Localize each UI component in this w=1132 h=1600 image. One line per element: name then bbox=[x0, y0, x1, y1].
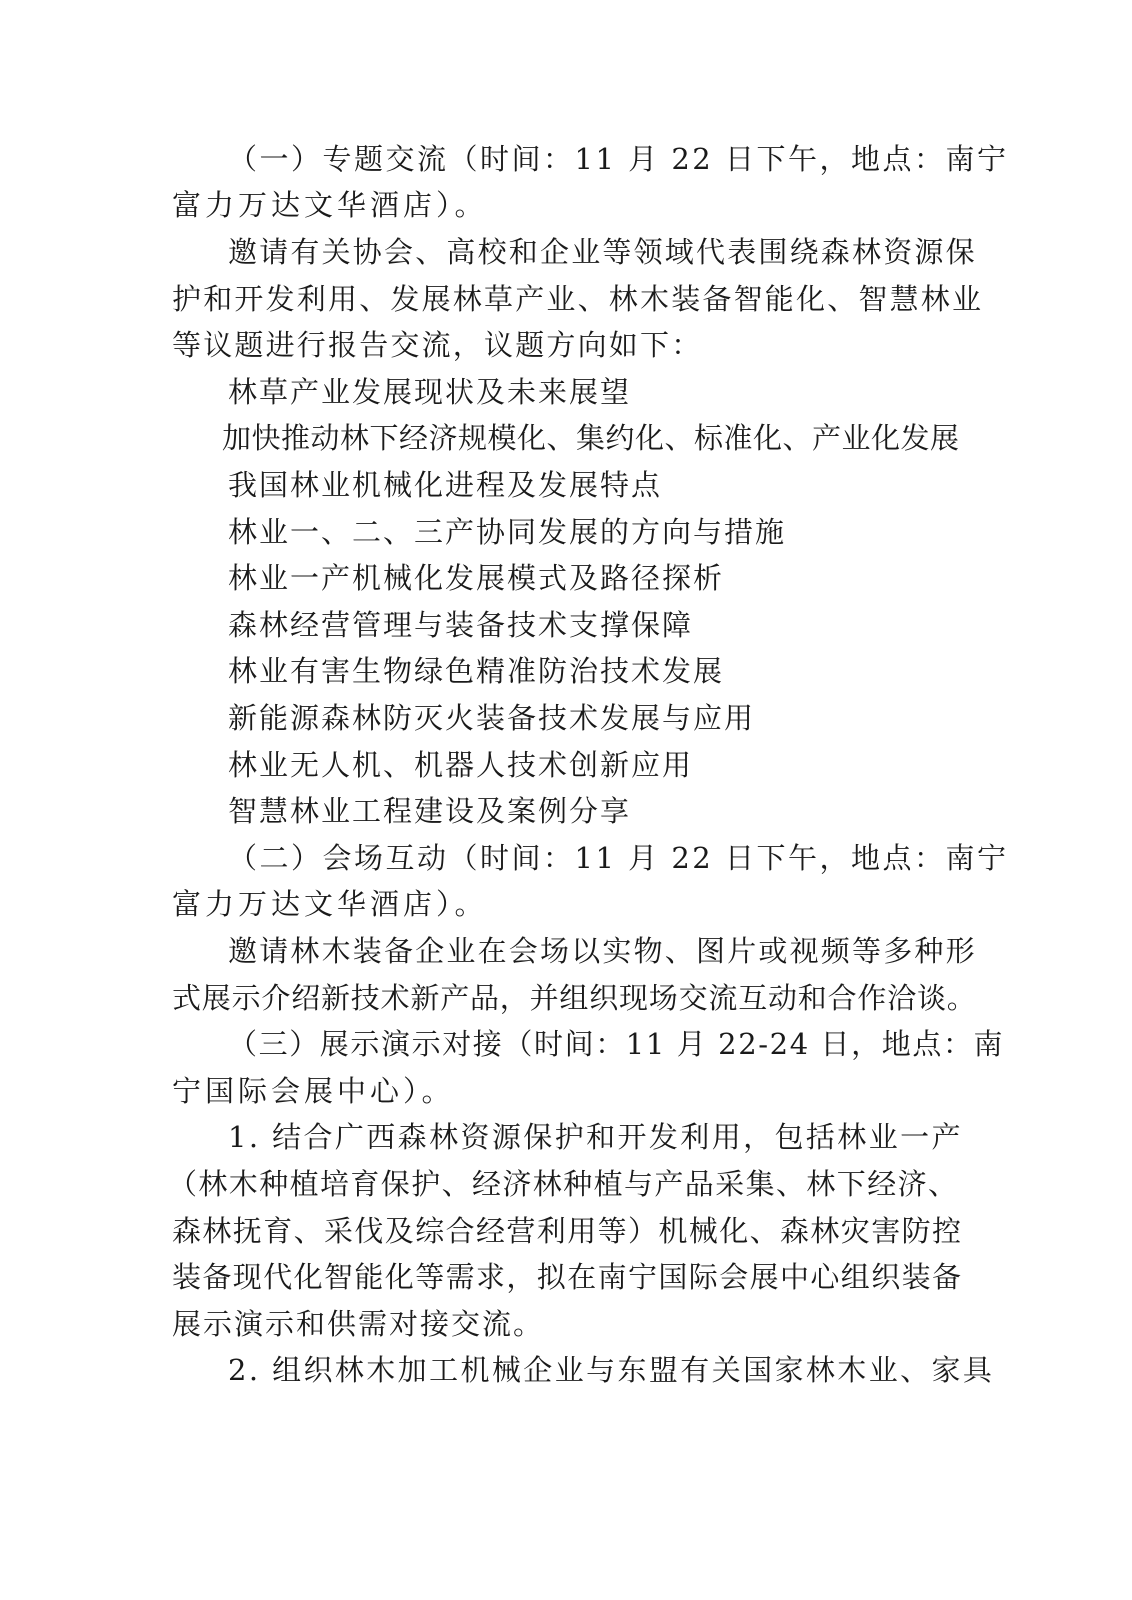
topic-item: 智慧林业工程建设及案例分享 bbox=[228, 788, 631, 834]
topic-item: 林业一产机械化发展模式及路径探析 bbox=[228, 555, 724, 601]
section-1-intro-line-2: 护和开发利用、发展林草产业、林木装备智能化、智慧林业 bbox=[172, 276, 983, 322]
section-3-item-1-line-2: （林木种植培育保护、经济林种植与产品采集、林下经济、 bbox=[168, 1161, 958, 1207]
section-3-item-1-line-5: 展示演示和供需对接交流。 bbox=[172, 1301, 544, 1347]
topic-item: 我国林业机械化进程及发展特点 bbox=[228, 462, 662, 508]
section-2-heading-line-1: （二）会场互动（时间：11 月 22 日下午，地点：南宁 bbox=[228, 835, 1008, 881]
topic-item: 林业有害生物绿色精准防治技术发展 bbox=[228, 648, 724, 694]
topic-item: 加快推动林下经济规模化、集约化、标准化、产业化发展 bbox=[222, 415, 960, 461]
section-3-heading-line-1: （三）展示演示对接（时间：11 月 22-24 日，地点：南 bbox=[228, 1021, 1004, 1067]
section-3-heading-line-2: 宁国际会展中心）。 bbox=[172, 1068, 455, 1114]
topic-item: 新能源森林防灭火装备技术发展与应用 bbox=[228, 695, 755, 741]
topic-item: 森林经营管理与装备技术支撑保障 bbox=[228, 602, 693, 648]
section-3-item-1-line-1: 1. 结合广西森林资源保护和开发利用，包括林业一产 bbox=[228, 1114, 963, 1160]
section-1-intro-line-1: 邀请有关协会、高校和企业等领域代表围绕森林资源保 bbox=[228, 229, 977, 275]
section-3-item-1-line-3: 森林抚育、采伐及综合经营利用等）机械化、森林灾害防控 bbox=[172, 1208, 962, 1254]
topic-item: 林草产业发展现状及未来展望 bbox=[228, 369, 631, 415]
section-2-heading-line-2: 富力万达文华酒店）。 bbox=[172, 881, 488, 927]
section-2-body-line-1: 邀请林木装备企业在会场以实物、图片或视频等多种形 bbox=[228, 928, 977, 974]
section-1-heading-line-1: （一）专题交流（时间：11 月 22 日下午，地点：南宁 bbox=[228, 136, 1008, 182]
section-1-heading-line-2: 富力万达文华酒店）。 bbox=[172, 182, 488, 228]
section-1-intro-line-3: 等议题进行报告交流，议题方向如下： bbox=[172, 322, 702, 368]
topic-item: 林业无人机、机器人技术创新应用 bbox=[228, 742, 693, 788]
section-2-body-line-2: 式展示介绍新技术新产品，并组织现场交流互动和合作洽谈。 bbox=[172, 975, 977, 1021]
section-3-item-2-line-1: 2. 组织林木加工机械企业与东盟有关国家林木业、家具 bbox=[228, 1347, 994, 1393]
topic-item: 林业一、二、三产协同发展的方向与措施 bbox=[228, 509, 786, 555]
section-3-item-1-line-4: 装备现代化智能化等需求，拟在南宁国际会展中心组织装备 bbox=[172, 1254, 962, 1300]
